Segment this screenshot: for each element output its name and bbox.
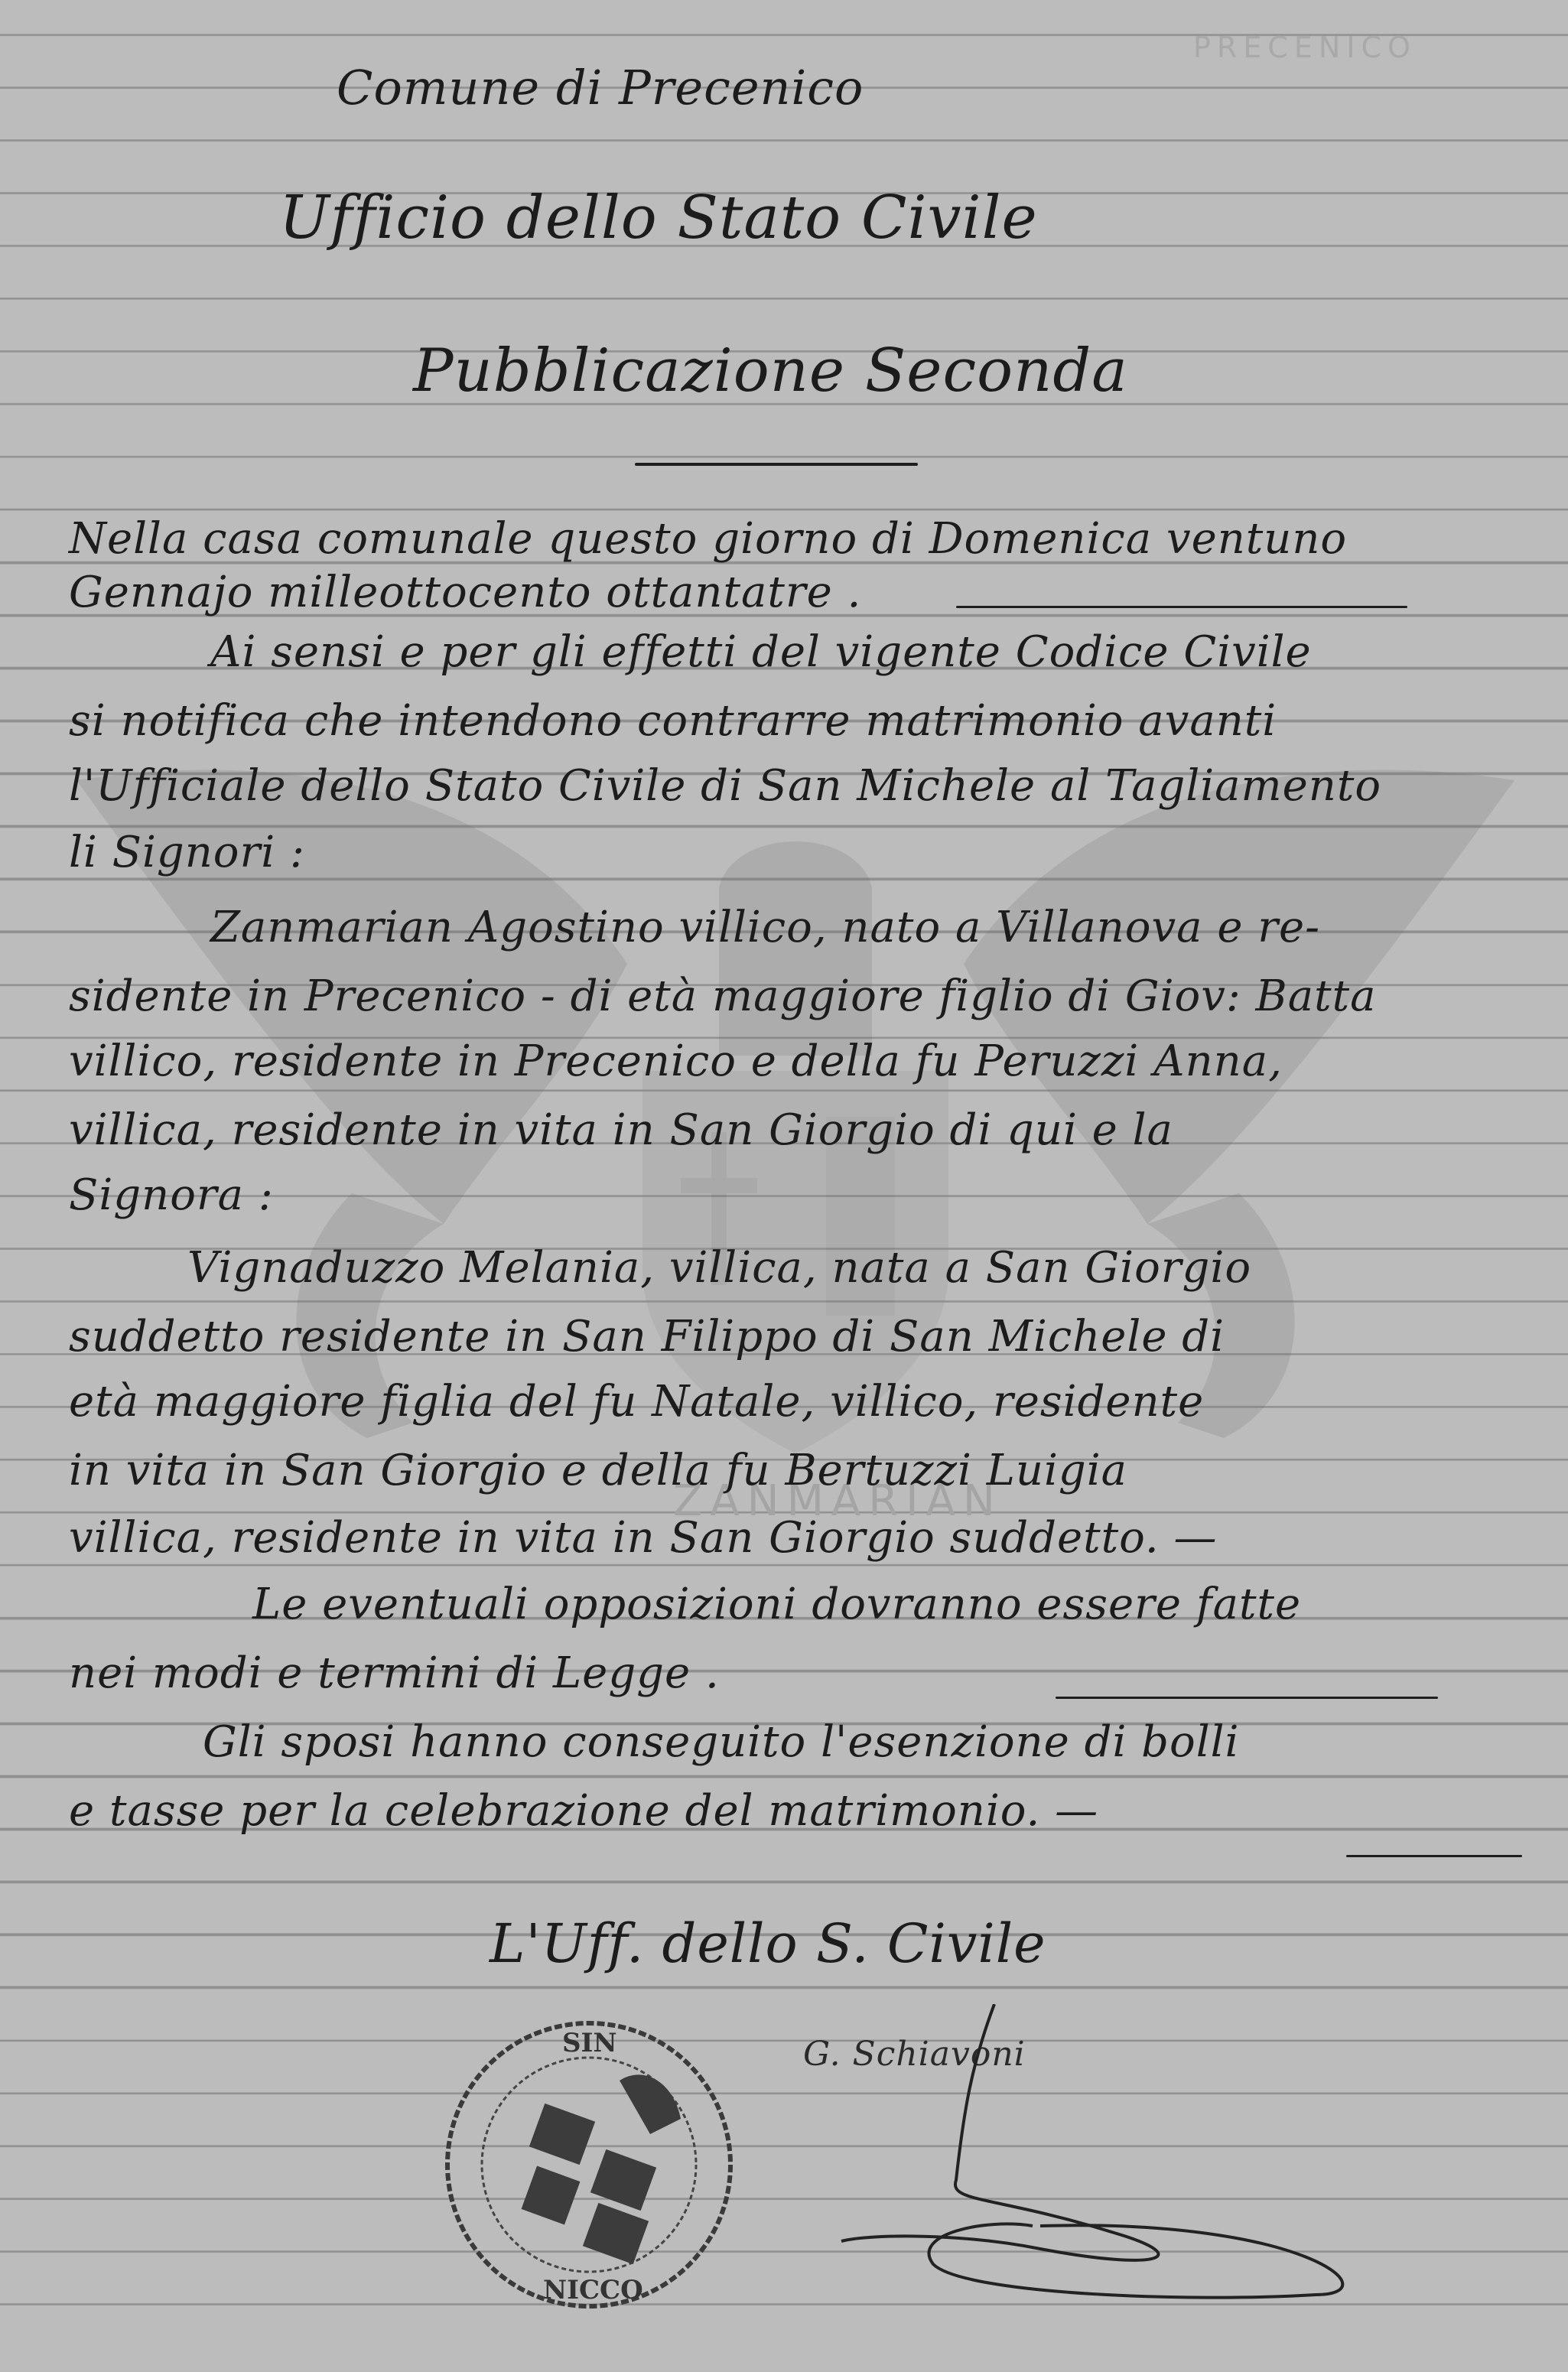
filler-line [956,606,1407,608]
document-page: PRECENICO ZANMARIAN Comune di Precenico … [0,0,1568,2372]
signature-title: L'Uff. dello S. Civile [490,1912,1046,1975]
body-line-2: Gennajo milleottocento ottantatre . [69,568,861,617]
header-office: Ufficio dello Stato Civile [279,184,1038,252]
body-line-12: Vignaduzzo Melania, villica, nata a San … [187,1243,1251,1293]
filler-line [1056,1697,1438,1699]
body-line-19: Gli sposi hanno conseguito l'esenzione d… [203,1717,1239,1767]
body-line-11: Signora : [69,1170,274,1220]
body-line-18: nei modi e termini di Legge . [69,1648,720,1698]
svg-text:NICCO: NICCO [543,2275,643,2305]
body-line-7: Zanmarian Agostino villico, nato a Villa… [210,903,1320,952]
body-line-16: villica, residente in vita in San Giorgi… [69,1513,1217,1563]
body-line-15: in vita in San Giorgio e della fu Bertuz… [69,1446,1127,1495]
header-divider [635,463,918,466]
body-line-17: Le eventuali opposizioni dovranno essere… [252,1580,1301,1629]
body-line-10: villica, residente in vita in San Giorgi… [69,1105,1173,1155]
corner-stamp-text: PRECENICO [1193,31,1417,64]
body-line-4: si notifica che intendono contrarre matr… [69,696,1277,746]
body-line-8: sidente in Precenico - di età maggiore f… [69,971,1376,1021]
header-title: Pubblicazione Seconda [413,337,1128,405]
header-municipality: Comune di Precenico [337,60,864,116]
body-line-13: suddetto residente in San Filippo di San… [69,1312,1225,1362]
municipal-seal-icon: SIN NICCO [436,2012,742,2318]
body-line-20: e tasse per la celebrazione del matrimon… [69,1786,1098,1836]
body-line-14: età maggiore figlia del fu Natale, villi… [69,1377,1204,1427]
svg-text:SIN: SIN [562,2028,617,2058]
body-line-9: villico, residente in Precenico e della … [69,1036,1283,1086]
body-line-6: li Signori : [69,828,305,877]
signature-flourish-icon [811,2004,1499,2310]
body-line-1: Nella casa comunale questo giorno di Dom… [69,514,1347,564]
filler-line [1346,1855,1522,1857]
body-line-5: l'Ufficiale dello Stato Civile di San Mi… [69,761,1381,811]
body-line-3: Ai sensi e per gli effetti del vigente C… [210,627,1312,677]
